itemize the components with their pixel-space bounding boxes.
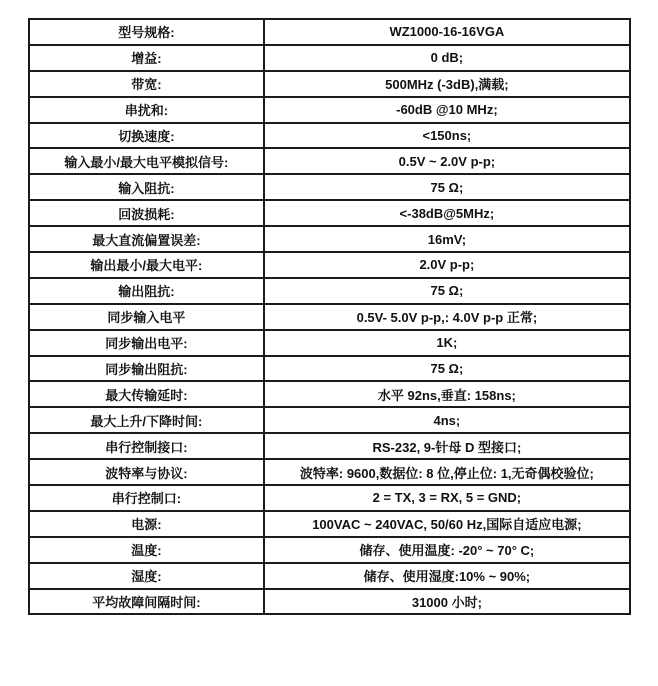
spec-label-cell: 湿度: xyxy=(29,563,264,589)
table-row: 温度:储存、使用温度: -20° ~ 70° C; xyxy=(29,537,630,563)
spec-value-cell: 100VAC ~ 240VAC, 50/60 Hz,国际自适应电源; xyxy=(264,511,630,537)
spec-value-cell: 储存、使用湿度:10% ~ 90%; xyxy=(264,563,630,589)
spec-label-cell: 温度: xyxy=(29,537,264,563)
table-row: 波特率与协议:波特率: 9600,数据位: 8 位,停止位: 1,无奇偶校验位; xyxy=(29,459,630,485)
spec-value-cell: 500MHz (-3dB),满载; xyxy=(264,71,630,97)
spec-label-cell: 波特率与协议: xyxy=(29,459,264,485)
spec-label-cell: 回波损耗: xyxy=(29,200,264,226)
spec-label-cell: 串扰和: xyxy=(29,97,264,123)
spec-label-cell: 切换速度: xyxy=(29,123,264,149)
spec-value-cell: 波特率: 9600,数据位: 8 位,停止位: 1,无奇偶校验位; xyxy=(264,459,630,485)
table-row: 输出最小/最大电平:2.0V p-p; xyxy=(29,252,630,278)
spec-value-cell: 31000 小时; xyxy=(264,589,630,615)
spec-value-cell: WZ1000-16-16VGA xyxy=(264,19,630,45)
table-row: 串行控制口:2 = TX, 3 = RX, 5 = GND; xyxy=(29,485,630,511)
spec-label-cell: 带宽: xyxy=(29,71,264,97)
spec-label-cell: 最大传输延时: xyxy=(29,381,264,407)
spec-value-cell: 2 = TX, 3 = RX, 5 = GND; xyxy=(264,485,630,511)
table-row: 同步输出电平:1K; xyxy=(29,330,630,356)
page: 型号规格:WZ1000-16-16VGA增益:0 dB;带宽:500MHz (-… xyxy=(0,0,658,686)
table-row: 回波损耗:<-38dB@5MHz; xyxy=(29,200,630,226)
table-row: 型号规格:WZ1000-16-16VGA xyxy=(29,19,630,45)
table-row: 湿度:储存、使用湿度:10% ~ 90%; xyxy=(29,563,630,589)
spec-value-cell: 2.0V p-p; xyxy=(264,252,630,278)
spec-value-cell: -60dB @10 MHz; xyxy=(264,97,630,123)
table-row: 最大上升/下降时间:4ns; xyxy=(29,407,630,433)
spec-value-cell: 水平 92ns,垂直: 158ns; xyxy=(264,381,630,407)
table-row: 同步输入电平0.5V- 5.0V p-p,: 4.0V p-p 正常; xyxy=(29,304,630,330)
spec-value-cell: <150ns; xyxy=(264,123,630,149)
spec-label-cell: 同步输入电平 xyxy=(29,304,264,330)
table-row: 最大直流偏置误差:16mV; xyxy=(29,226,630,252)
spec-value-cell: 4ns; xyxy=(264,407,630,433)
spec-table: 型号规格:WZ1000-16-16VGA增益:0 dB;带宽:500MHz (-… xyxy=(28,18,631,615)
table-row: 输出阻抗:75 Ω; xyxy=(29,278,630,304)
table-row: 串行控制接口:RS-232, 9-针母 D 型接口; xyxy=(29,433,630,459)
table-row: 输入最小/最大电平模拟信号:0.5V ~ 2.0V p-p; xyxy=(29,148,630,174)
spec-value-cell: 75 Ω; xyxy=(264,356,630,382)
spec-label-cell: 平均故障间隔时间: xyxy=(29,589,264,615)
spec-label-cell: 电源: xyxy=(29,511,264,537)
table-row: 平均故障间隔时间:31000 小时; xyxy=(29,589,630,615)
spec-label-cell: 最大上升/下降时间: xyxy=(29,407,264,433)
spec-value-cell: <-38dB@5MHz; xyxy=(264,200,630,226)
spec-value-cell: 储存、使用温度: -20° ~ 70° C; xyxy=(264,537,630,563)
table-row: 增益:0 dB; xyxy=(29,45,630,71)
spec-value-cell: 0 dB; xyxy=(264,45,630,71)
spec-label-cell: 输入阻抗: xyxy=(29,174,264,200)
spec-label-cell: 串行控制口: xyxy=(29,485,264,511)
table-row: 带宽:500MHz (-3dB),满载; xyxy=(29,71,630,97)
spec-value-cell: 75 Ω; xyxy=(264,278,630,304)
spec-label-cell: 同步输出阻抗: xyxy=(29,356,264,382)
spec-value-cell: 16mV; xyxy=(264,226,630,252)
table-row: 同步输出阻抗:75 Ω; xyxy=(29,356,630,382)
spec-label-cell: 最大直流偏置误差: xyxy=(29,226,264,252)
table-row: 切换速度:<150ns; xyxy=(29,123,630,149)
spec-label-cell: 同步输出电平: xyxy=(29,330,264,356)
spec-label-cell: 输出阻抗: xyxy=(29,278,264,304)
spec-label-cell: 增益: xyxy=(29,45,264,71)
spec-value-cell: 0.5V- 5.0V p-p,: 4.0V p-p 正常; xyxy=(264,304,630,330)
spec-value-cell: 75 Ω; xyxy=(264,174,630,200)
spec-label-cell: 输出最小/最大电平: xyxy=(29,252,264,278)
spec-label-cell: 串行控制接口: xyxy=(29,433,264,459)
spec-label-cell: 型号规格: xyxy=(29,19,264,45)
spec-value-cell: 1K; xyxy=(264,330,630,356)
table-row: 最大传输延时:水平 92ns,垂直: 158ns; xyxy=(29,381,630,407)
spec-value-cell: 0.5V ~ 2.0V p-p; xyxy=(264,148,630,174)
spec-label-cell: 输入最小/最大电平模拟信号: xyxy=(29,148,264,174)
table-row: 串扰和:-60dB @10 MHz; xyxy=(29,97,630,123)
spec-table-body: 型号规格:WZ1000-16-16VGA增益:0 dB;带宽:500MHz (-… xyxy=(29,19,630,614)
spec-value-cell: RS-232, 9-针母 D 型接口; xyxy=(264,433,630,459)
table-row: 电源:100VAC ~ 240VAC, 50/60 Hz,国际自适应电源; xyxy=(29,511,630,537)
table-row: 输入阻抗:75 Ω; xyxy=(29,174,630,200)
